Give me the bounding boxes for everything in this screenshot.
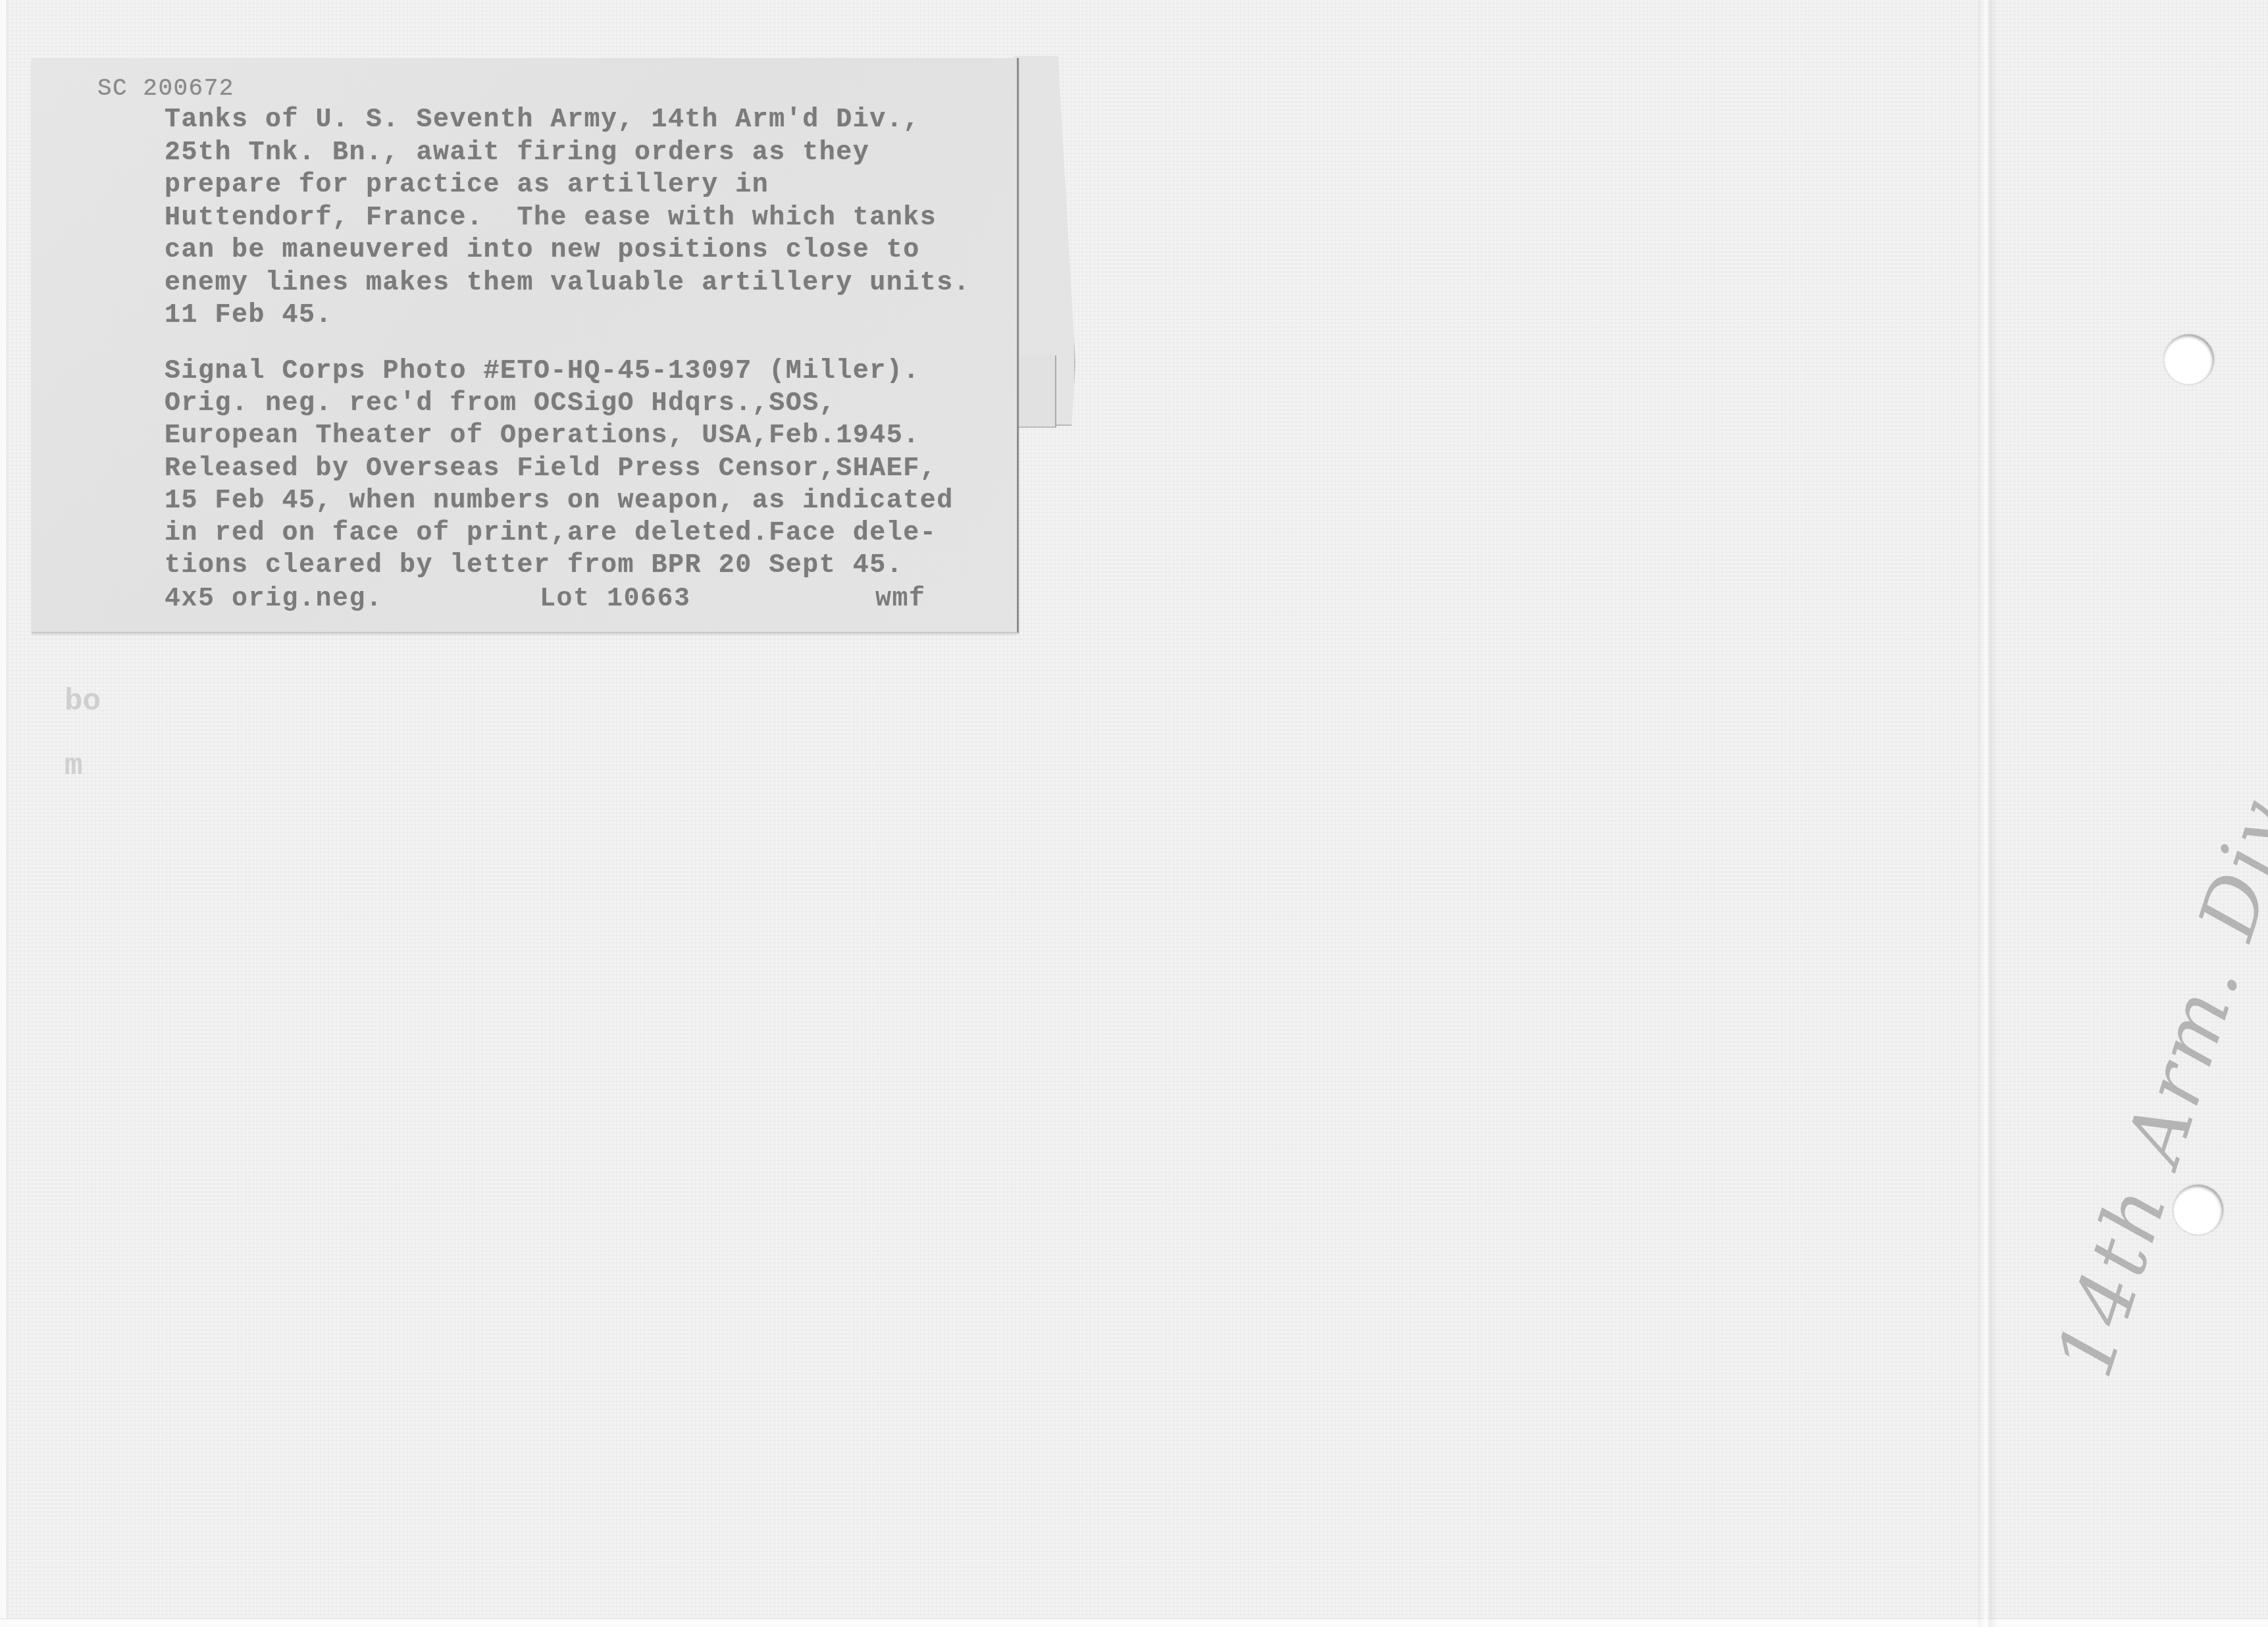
- show-through-mark: bo: [64, 684, 101, 719]
- show-through-mark: m: [64, 749, 83, 783]
- punch-hole-icon: [2164, 334, 2214, 384]
- negative-size: 4x5 orig.neg.: [165, 584, 383, 614]
- provenance-line: European Theater of Operations, USA,Feb.…: [165, 420, 954, 452]
- sc-number: SC 200672: [97, 72, 234, 105]
- handwritten-note: 14th Arm. Div: [2038, 846, 2268, 1391]
- description-line: enemy lines makes them valuable artiller…: [165, 267, 970, 300]
- provenance-line: tions cleared by letter from BPR 20 Sept…: [165, 550, 954, 582]
- provenance-line: Orig. neg. rec'd from OCSigO Hdqrs.,SOS,: [165, 388, 954, 420]
- caption-provenance: Signal Corps Photo #ETO-HQ-45-13097 (Mil…: [165, 355, 954, 582]
- card-left-edge: [0, 0, 7, 1627]
- description-line: Tanks of U. S. Seventh Army, 14th Arm'd …: [165, 104, 970, 137]
- card-fold-line: [1978, 0, 1997, 1627]
- label-lower-tab: [1017, 355, 1056, 428]
- provenance-line: Released by Overseas Field Press Censor,…: [165, 453, 954, 485]
- description-line: Huttendorf, France. The ease with which …: [165, 202, 970, 235]
- typist-initials: wmf: [875, 584, 926, 614]
- description-line: 25th Tnk. Bn., await firing orders as th…: [165, 137, 970, 170]
- caption-footer: 4x5 orig.neg. Lot 10663 wmf: [165, 584, 921, 617]
- provenance-line: in red on face of print,are deleted.Face…: [165, 517, 954, 550]
- provenance-line: Signal Corps Photo #ETO-HQ-45-13097 (Mil…: [165, 355, 954, 388]
- caption-description: Tanks of U. S. Seventh Army, 14th Arm'd …: [165, 104, 970, 332]
- provenance-line: 15 Feb 45, when numbers on weapon, as in…: [165, 485, 954, 517]
- card-bottom-edge: [0, 1618, 2268, 1627]
- description-line: 11 Feb 45.: [165, 299, 970, 332]
- mounting-card: SC 200672 Tanks of U. S. Seventh Army, 1…: [0, 0, 2268, 1627]
- description-line: can be maneuvered into new positions clo…: [165, 234, 970, 267]
- lot-number: Lot 10663: [540, 584, 691, 614]
- description-line: prepare for practice as artillery in: [165, 169, 970, 202]
